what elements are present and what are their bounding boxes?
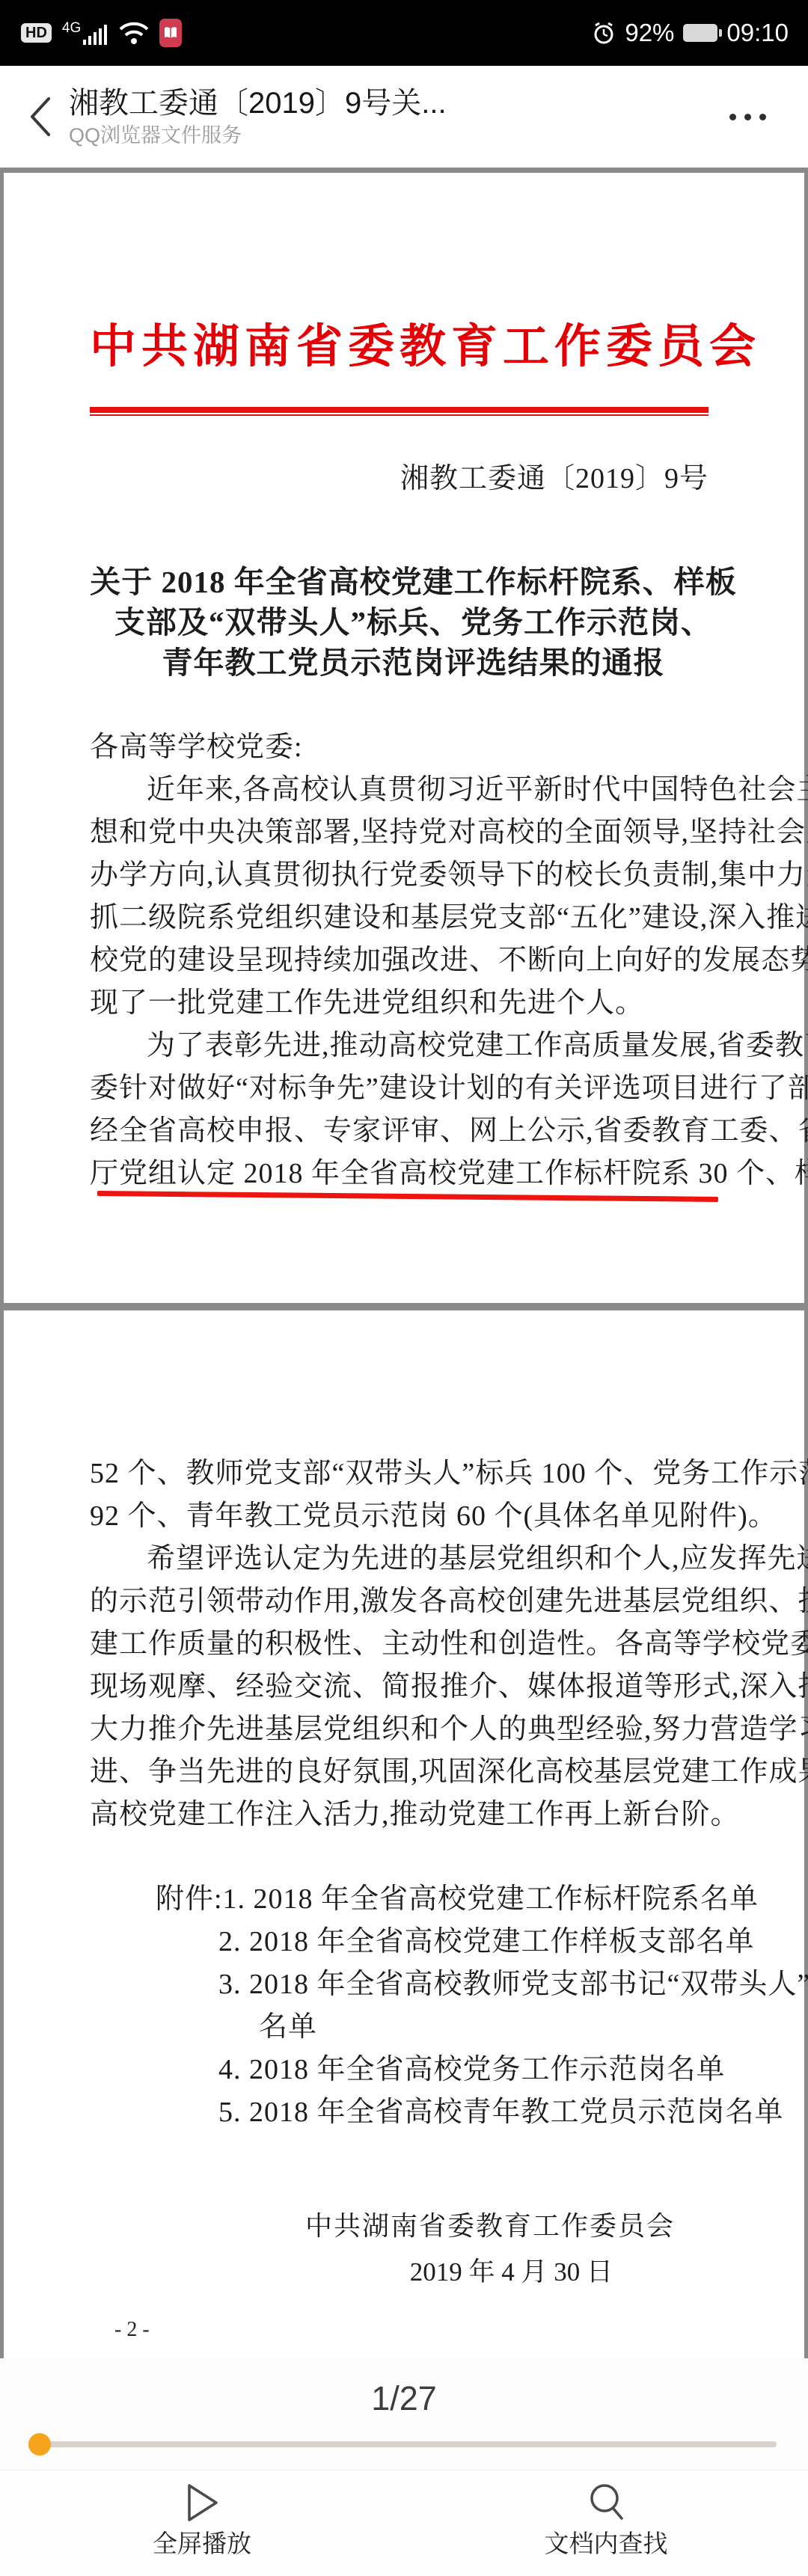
more-dots-icon bbox=[729, 114, 736, 120]
body-line: 进、争当先进的良好氛围,巩固深化高校基层党建工作成果,为 bbox=[90, 1751, 737, 1794]
attachment-line: 名单 bbox=[259, 2006, 737, 2049]
document-title: 湘教工委通〔2019〕9号关... bbox=[69, 85, 447, 121]
notice-title-line: 青年教工党员示范岗评选结果的通报 bbox=[90, 643, 737, 683]
document-page-2: 52 个、教师党支部“双带头人”标兵 100 个、党务工作示范岗92 个、青年教… bbox=[4, 1310, 804, 2358]
more-dots-icon bbox=[759, 114, 766, 120]
play-icon bbox=[183, 2481, 221, 2524]
body-line: 经全省高校申报、专家评审、网上公示,省委教育工委、省教育 bbox=[90, 1110, 737, 1153]
body-line: 想和党中央决策部署,坚持党对高校的全面领导,坚持社会主义 bbox=[90, 812, 737, 854]
body-line: 高校党建工作注入活力,推动党建工作再上新台阶。 bbox=[90, 1794, 737, 1836]
more-dots-icon bbox=[744, 114, 751, 120]
fullscreen-play-button[interactable]: 全屏播放 bbox=[0, 2471, 404, 2576]
body-line: 建工作质量的积极性、主动性和创造性。各高等学校党委要通过 bbox=[90, 1623, 737, 1666]
page-indicator: 1/27 bbox=[0, 2379, 808, 2418]
nav-title-group: 湘教工委通〔2019〕9号关... QQ浏览器文件服务 bbox=[69, 85, 447, 148]
attachment-line: 2. 2018 年全省高校党建工作样板支部名单 bbox=[218, 1921, 737, 1963]
battery-icon bbox=[683, 24, 717, 42]
slider-track[interactable] bbox=[37, 2441, 777, 2447]
status-right-group: 92% 09:10 bbox=[592, 19, 789, 47]
hd-badge: HD bbox=[21, 23, 52, 43]
battery-percent-label: 92% bbox=[625, 19, 674, 47]
body-line: 92 个、青年教工党员示范岗 60 个(具体名单见附件)。 bbox=[90, 1495, 737, 1538]
search-icon bbox=[586, 2481, 626, 2524]
page-slider[interactable] bbox=[28, 2433, 780, 2456]
page-number-footer: - 2 - bbox=[114, 2318, 150, 2342]
body-line: 希望评选认定为先进的基层党组织和个人,应发挥先进典型 bbox=[90, 1538, 737, 1580]
fullscreen-play-label: 全屏播放 bbox=[153, 2529, 251, 2559]
alarm-clock-icon bbox=[592, 21, 616, 45]
nav-bar: 湘教工委通〔2019〕9号关... QQ浏览器文件服务 bbox=[0, 66, 808, 168]
body-line: 现了一批党建工作先进党组织和先进个人。 bbox=[90, 982, 737, 1025]
attachment-line: 附件:1. 2018 年全省高校党建工作标杆院系名单 bbox=[156, 1878, 737, 1921]
document-page-1: 中共湖南省委教育工作委员会 湘教工委通〔2019〕9号 关于 2018 年全省高… bbox=[4, 173, 804, 1303]
body-line: 抓二级院系党组织建设和基层党支部“五化”建设,深入推进高 bbox=[90, 897, 737, 939]
find-in-document-button[interactable]: 文档内查找 bbox=[404, 2471, 808, 2576]
notice-title: 关于 2018 年全省高校党建工作标杆院系、样板支部及“双带头人”标兵、党务工作… bbox=[90, 562, 737, 683]
body-line: 大力推介先进基层党组织和个人的典型经验,努力营造学习先 bbox=[90, 1708, 737, 1751]
more-menu-button[interactable] bbox=[725, 103, 771, 131]
body-line: 52 个、教师党支部“双带头人”标兵 100 个、党务工作示范岗 bbox=[90, 1453, 737, 1495]
slider-thumb[interactable] bbox=[28, 2433, 51, 2456]
notice-title-line: 关于 2018 年全省高校党建工作标杆院系、样板 bbox=[90, 562, 737, 602]
find-in-document-label: 文档内查找 bbox=[545, 2529, 668, 2559]
paragraph-2: 为了表彰先进,推动高校党建工作高质量发展,省委教育工委针对做好“对标争先”建设计… bbox=[90, 1025, 737, 1195]
signal-bars-icon bbox=[83, 23, 108, 46]
body-line: 委针对做好“对标争先”建设计划的有关评选项目进行了部署, bbox=[90, 1067, 737, 1110]
document-source-subtitle: QQ浏览器文件服务 bbox=[69, 123, 447, 148]
wifi-icon bbox=[119, 21, 149, 45]
body-line: 校党的建设呈现持续加强改进、不断向上向好的发展态势,并涌 bbox=[90, 939, 737, 982]
notice-title-line: 支部及“双带头人”标兵、党务工作示范岗、 bbox=[90, 602, 737, 643]
paragraph-1: 近年来,各高校认真贯彻习近平新时代中国特色社会主义思想和党中央决策部署,坚持党对… bbox=[90, 769, 737, 1025]
document-viewer-screen: HD 4G bbox=[0, 0, 808, 2576]
paragraph-2-continued: 52 个、教师党支部“双带头人”标兵 100 个、党务工作示范岗92 个、青年教… bbox=[90, 1453, 737, 1538]
back-chevron-icon bbox=[29, 96, 52, 137]
book-glyph-icon bbox=[163, 25, 178, 40]
body-line: 厅党组认定 2018 年全省高校党建工作标杆院系 30 个、样板支部 bbox=[90, 1153, 737, 1195]
reading-app-icon bbox=[159, 19, 182, 47]
letterhead-title: 中共湖南省委教育工作委员会 bbox=[90, 319, 737, 375]
body-line: 的示范引领带动作用,激发各高校创建先进基层党组织、提升党 bbox=[90, 1580, 737, 1623]
document-number: 湘教工委通〔2019〕9号 bbox=[90, 458, 737, 500]
body-line: 办学方向,认真贯彻执行党委领导下的校长负责制,集中力量狠 bbox=[90, 854, 737, 897]
clock-label: 09:10 bbox=[726, 19, 789, 47]
attachment-line: 3. 2018 年全省高校教师党支部书记“双带头人”标兵 bbox=[218, 1963, 737, 2006]
bottom-toolbar: 全屏播放 文档内查找 bbox=[0, 2470, 808, 2576]
letterhead-rule bbox=[90, 407, 708, 416]
body-line: 为了表彰先进,推动高校党建工作高质量发展,省委教育工 bbox=[90, 1025, 737, 1067]
attachment-list: 附件:1. 2018 年全省高校党建工作标杆院系名单 2. 2018 年全省高校… bbox=[90, 1878, 737, 2134]
salutation-line: 各高等学校党委: bbox=[90, 726, 737, 769]
issue-date: 2019 年 4 月 30 日 bbox=[90, 2254, 737, 2291]
back-button[interactable] bbox=[22, 96, 58, 137]
body-line: 近年来,各高校认真贯彻习近平新时代中国特色社会主义思 bbox=[90, 769, 737, 812]
issuing-authority-signature: 中共湖南省委教育工作委员会 bbox=[90, 2207, 737, 2245]
network-type-label: 4G bbox=[62, 21, 81, 35]
paragraph-3: 希望评选认定为先进的基层党组织和个人,应发挥先进典型的示范引领带动作用,激发各高… bbox=[90, 1538, 737, 1836]
body-line: 现场观摩、经验交流、简报推介、媒体报道等形式,深入挖掘、 bbox=[90, 1666, 737, 1708]
attachment-line: 4. 2018 年全省高校党务工作示范岗名单 bbox=[218, 2049, 737, 2091]
cellular-signal: 4G bbox=[62, 21, 108, 46]
status-bar: HD 4G bbox=[0, 0, 808, 66]
body-text: 各高等学校党委: 近年来,各高校认真贯彻习近平新时代中国特色社会主义思想和党中央… bbox=[90, 726, 737, 1195]
status-left-group: HD 4G bbox=[21, 19, 182, 47]
attachment-line: 5. 2018 年全省高校青年教工党员示范岗名单 bbox=[218, 2091, 737, 2134]
bottom-panel: 1/27 全屏播放 文档内查找 bbox=[0, 2358, 808, 2576]
